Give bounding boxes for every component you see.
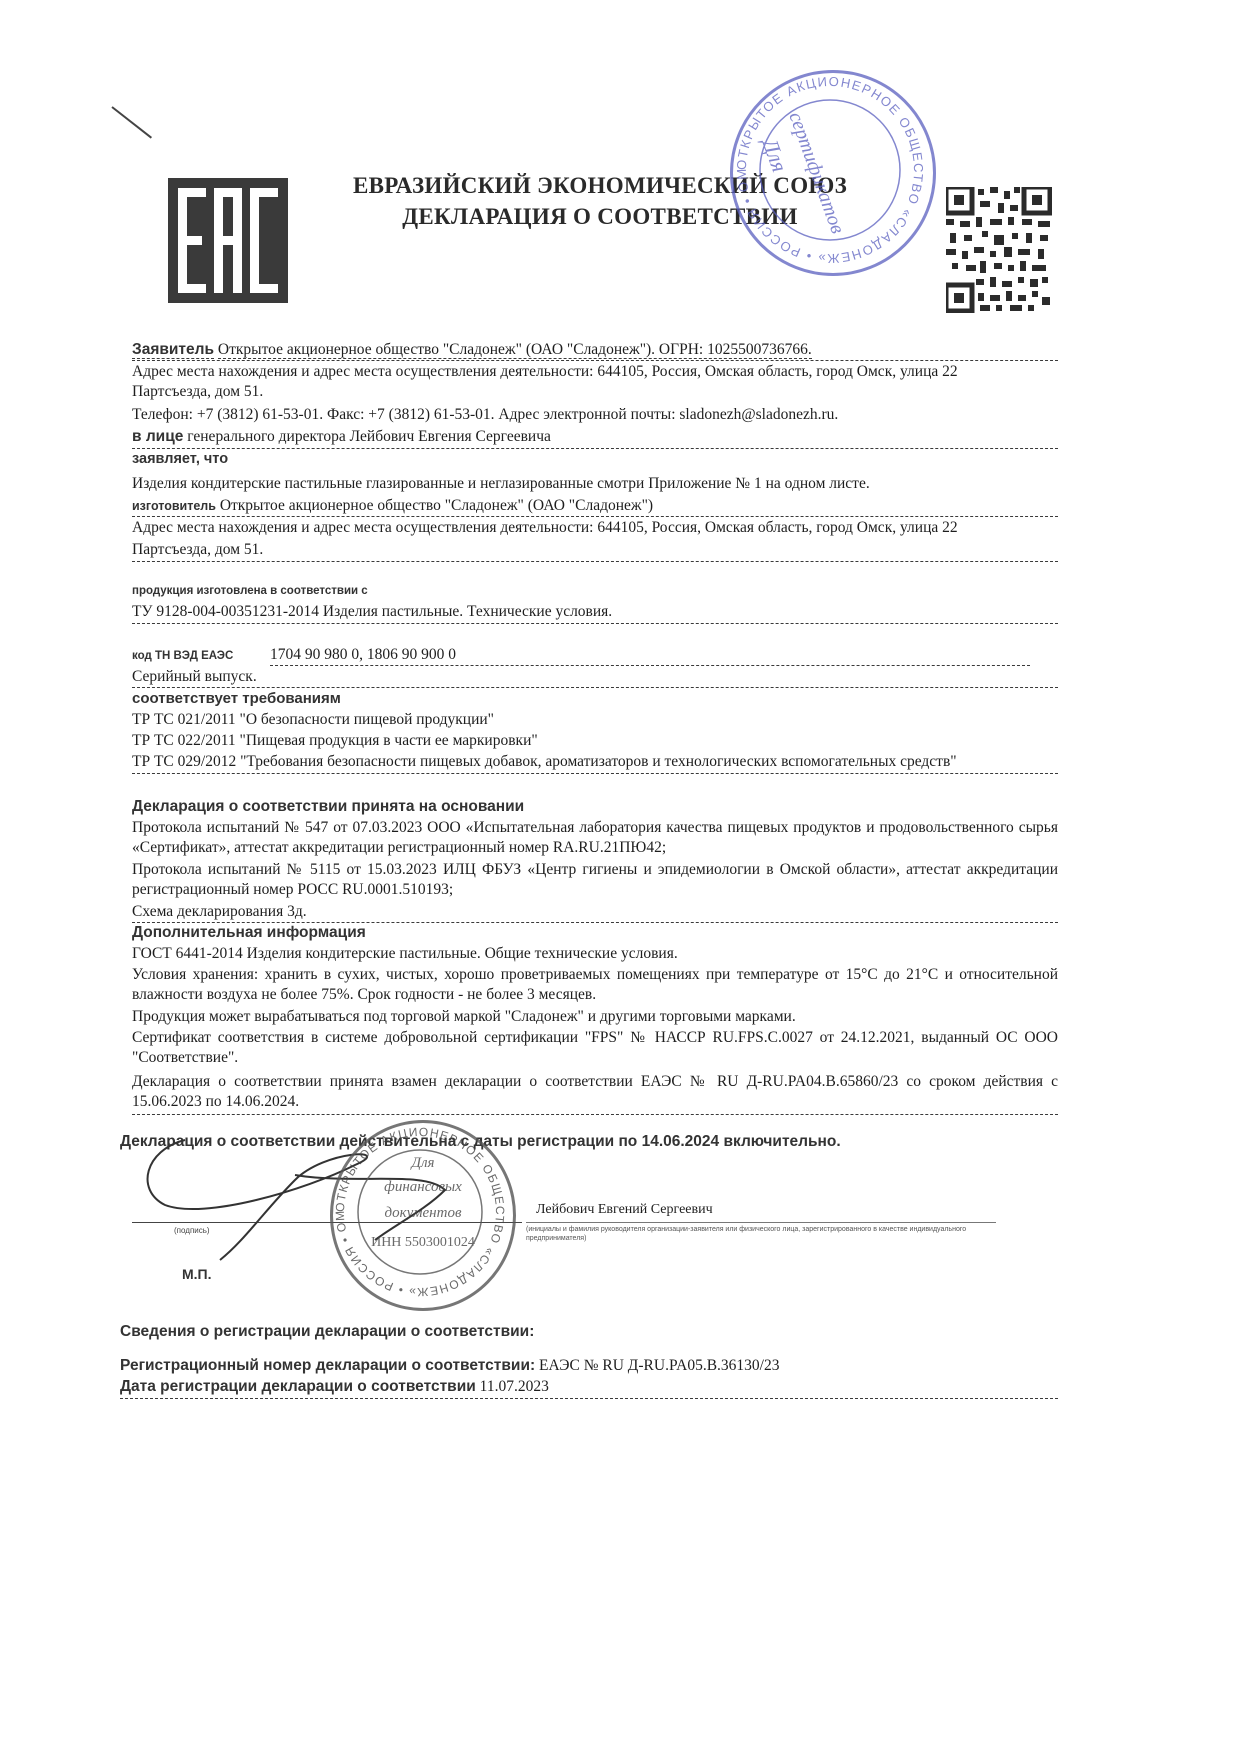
- requirement-item: ТР ТС 029/2012 "Требования безопасности …: [132, 752, 957, 772]
- produced-label: продукция изготовлена в соответствии с: [132, 585, 368, 597]
- company-stamp-top: ОТКРЫТОЕ АКЦИОНЕРНОЕ ОБЩЕСТВО «СЛАДОНЕЖ»…: [730, 70, 936, 276]
- applicant-label: Заявитель: [132, 341, 214, 359]
- manufacturer-row: изготовитель Открытое акционерное общест…: [132, 496, 653, 516]
- declares-label: заявляет, что: [132, 449, 228, 469]
- applicant-value: Открытое акционерное общество "Сладонеж"…: [218, 341, 812, 359]
- represented-value: генерального директора Лейбович Евгения …: [187, 428, 551, 445]
- registration-number-value: ЕАЭС № RU Д-RU.PA05.B.36130/23: [539, 1357, 779, 1374]
- registration-date-value: 11.07.2023: [480, 1378, 549, 1395]
- represented-label: в лице: [132, 428, 183, 445]
- represented-row: в лице генерального директора Лейбович Е…: [132, 427, 551, 447]
- applicant-row: Заявитель Открытое акционерное общество …: [132, 340, 812, 360]
- registration-number-label: Регистрационный номер декларации о соотв…: [120, 1357, 535, 1374]
- additional-replacement: Декларация о соответствии принята взамен…: [132, 1072, 1058, 1112]
- registration-number-row: Регистрационный номер декларации о соотв…: [120, 1356, 780, 1376]
- manufacturer-label: изготовитель: [132, 499, 216, 513]
- signer-caption: (инициалы и фамилия руководителя организ…: [526, 1225, 996, 1243]
- requirement-item: ТР ТС 022/2011 "Пищевая продукция в част…: [132, 731, 538, 751]
- additional-trademark: Продукция может вырабатываться под торго…: [132, 1007, 796, 1027]
- requirements-label: соответствует требованиям: [132, 689, 341, 709]
- applicant-address-1: Адрес места нахождения и адрес места осу…: [132, 362, 958, 382]
- product-description: Изделия кондитерские пастильные глазиров…: [132, 474, 870, 494]
- qr-code[interactable]: [948, 187, 1012, 311]
- basis-protocol-1: Протокола испытаний № 547 от 07.03.2023 …: [132, 818, 1058, 858]
- release-type: Серийный выпуск.: [132, 667, 257, 687]
- applicant-address-2: Партсъезда, дом 51.: [132, 382, 263, 402]
- manufacturer-address-1: Адрес места нахождения и адрес места осу…: [132, 518, 958, 538]
- tn-ved-label: код ТН ВЭД ЕАЭС: [132, 650, 233, 662]
- company-stamp-bottom: ОТКРЫТОЕ АКЦИОНЕРНОЕ ОБЩЕСТВО «СЛАДОНЕЖ»…: [330, 1120, 516, 1311]
- eac-logo: [168, 178, 288, 303]
- requirement-item: ТР ТС 021/2011 "О безопасности пищевой п…: [132, 710, 494, 730]
- registration-date-row: Дата регистрации декларации о соответств…: [120, 1377, 549, 1397]
- basis-scheme: Схема декларирования 3д.: [132, 902, 307, 922]
- registration-label: Сведения о регистрации декларации о соот…: [120, 1322, 534, 1342]
- additional-certificate: Сертификат соответствия в системе добров…: [132, 1028, 1058, 1068]
- tn-ved-value: 1704 90 980 0, 1806 90 900 0: [270, 645, 456, 665]
- basis-label: Декларация о соответствии принята на осн…: [132, 797, 524, 817]
- additional-gost: ГОСТ 6441-2014 Изделия кондитерские паст…: [132, 944, 678, 964]
- applicant-contacts: Телефон: +7 (3812) 61-53-01. Факс: +7 (3…: [132, 405, 838, 425]
- signer-name: Лейбович Евгений Сергеевич: [536, 1200, 713, 1220]
- manufacturer-address-2: Партсъезда, дом 51.: [132, 540, 263, 560]
- basis-protocol-2: Протокола испытаний № 5115 от 15.03.2023…: [132, 860, 1058, 900]
- additional-label: Дополнительная информация: [132, 923, 366, 943]
- additional-storage: Условия хранения: хранить в сухих, чисты…: [132, 965, 1058, 1005]
- produced-standard: ТУ 9128-004-00351231-2014 Изделия пастил…: [132, 602, 612, 622]
- stamp-inn: ИНН 5503001024: [333, 1235, 513, 1251]
- scan-mark: [111, 106, 152, 138]
- registration-date-label: Дата регистрации декларации о соответств…: [120, 1378, 476, 1395]
- manufacturer-value: Открытое акционерное общество "Сладонеж"…: [220, 497, 653, 514]
